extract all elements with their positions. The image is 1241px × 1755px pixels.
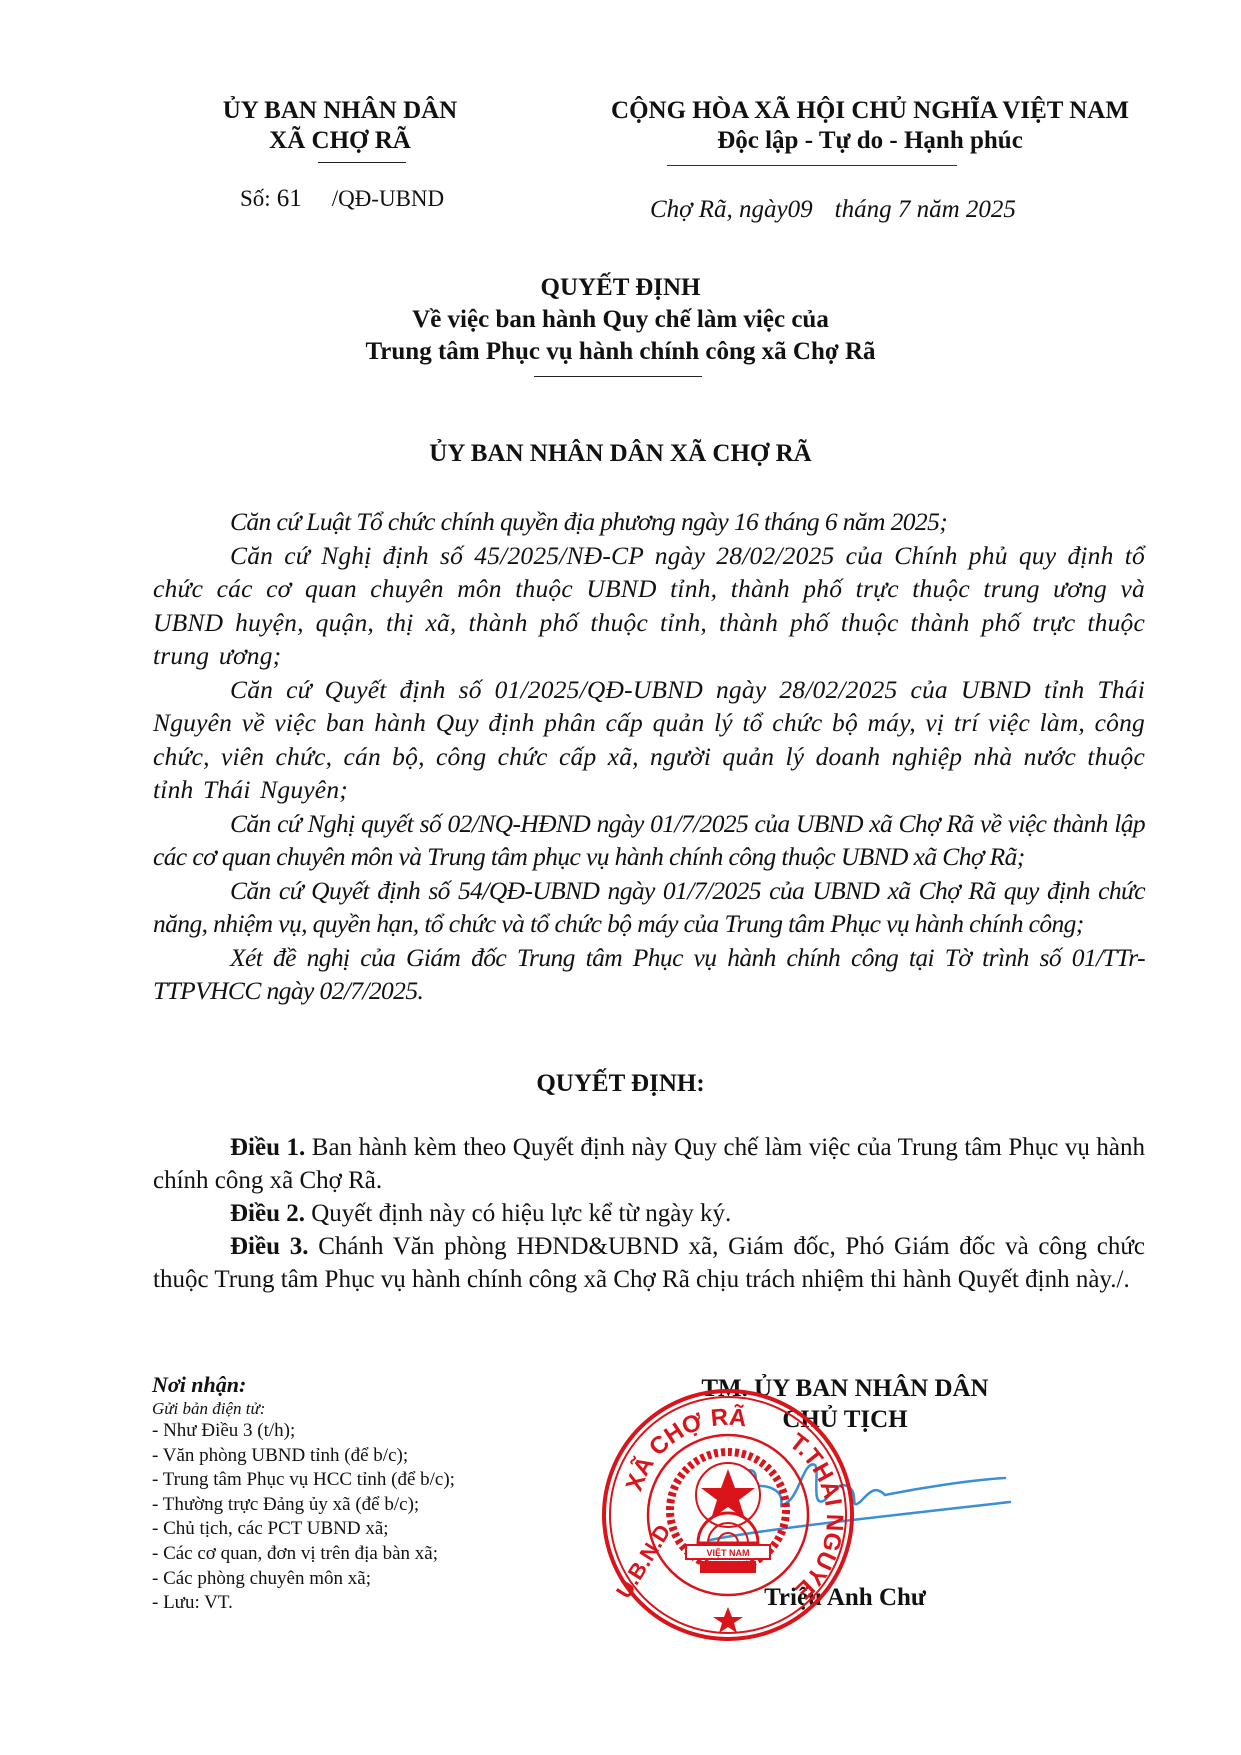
title-line-3: Trung tâm Phục vụ hành chính công xã Chợ… <box>0 336 1241 368</box>
recipients-heading: Nơi nhận: <box>152 1372 552 1398</box>
document-date: Chợ Rã, ngày09tháng 7 năm 2025 <box>650 196 1016 224</box>
recipient-item: - Trung tâm Phục vụ HCC tỉnh (để b/c); <box>152 1468 552 1493</box>
star-icon <box>713 1607 743 1633</box>
preamble: Căn cứ Luật Tổ chức chính quyền địa phươ… <box>153 505 1145 1008</box>
date-prefix: Chợ Rã, ngày <box>650 196 788 223</box>
article-2: Điều 2. Quyết định này có hiệu lực kể từ… <box>153 1197 1145 1230</box>
number-prefix: Số: <box>240 186 271 211</box>
agency-line-2: XÃ CHỢ RÃ <box>190 126 490 156</box>
date-day: 09 <box>788 196 813 223</box>
svg-text:VIỆT NAM: VIỆT NAM <box>706 1547 749 1558</box>
preamble-item: Căn cứ Nghị định số 45/2025/NĐ-CP ngày 2… <box>153 539 1145 673</box>
preamble-item: Căn cứ Quyết định số 01/2025/QĐ-UBND ngà… <box>153 673 1145 807</box>
article-label: Điều 1. <box>230 1134 305 1161</box>
recipient-item: - Chủ tịch, các PCT UBND xã; <box>152 1517 552 1542</box>
date-rest: tháng 7 năm 2025 <box>835 196 1016 223</box>
title-line-2: Về việc ban hành Quy chế làm việc của <box>0 304 1241 336</box>
document-title: QUYẾT ĐỊNH Về việc ban hành Quy chế làm … <box>0 272 1241 368</box>
recipient-item: - Các phòng chuyên môn xã; <box>152 1567 552 1592</box>
title-underline <box>534 376 702 377</box>
motto-underline <box>667 165 957 166</box>
article-text: Quyết định này có hiệu lực kể từ ngày ký… <box>305 1200 731 1227</box>
recipient-item: - Lưu: VT. <box>152 1591 552 1616</box>
number-suffix: /QĐ-UBND <box>332 186 444 211</box>
title-line-1: QUYẾT ĐỊNH <box>0 272 1241 304</box>
articles: Điều 1. Ban hành kèm theo Quyết định này… <box>153 1131 1145 1296</box>
recipient-item: - Các cơ quan, đơn vị trên địa bàn xã; <box>152 1542 552 1567</box>
recipient-item: - Văn phòng UBND tỉnh (để b/c); <box>152 1444 552 1469</box>
number-value: 61 <box>277 185 302 212</box>
national-title: CỘNG HÒA XÃ HỘI CHỦ NGHĨA VIỆT NAM Độc l… <box>560 96 1180 156</box>
national-emblem-icon: VIỆT NAM <box>670 1452 786 1573</box>
preamble-item: Căn cứ Nghị quyết số 02/NQ-HĐND ngày 01/… <box>153 807 1145 874</box>
preamble-item: Xét đề nghị của Giám đốc Trung tâm Phục … <box>153 941 1145 1008</box>
agency-line-1: ỦY BAN NHÂN DÂN <box>190 96 490 126</box>
agency-underline <box>318 162 406 163</box>
decision-heading: QUYẾT ĐỊNH: <box>0 1070 1241 1098</box>
article-3: Điều 3. Chánh Văn phòng HĐND&UBND xã, Gi… <box>153 1230 1145 1296</box>
authority-heading: ỦY BAN NHÂN DÂN XÃ CHỢ RÃ <box>0 440 1241 468</box>
stamp-left-text: U.B.N.D <box>611 1520 676 1603</box>
preamble-item: Căn cứ Quyết định số 54/QĐ-UBND ngày 01/… <box>153 874 1145 941</box>
document-number: Số:61/QĐ-UBND <box>240 185 444 213</box>
recipient-item: - Như Điều 3 (t/h); <box>152 1419 552 1444</box>
national-name: CỘNG HÒA XÃ HỘI CHỦ NGHĨA VIỆT NAM <box>560 96 1180 126</box>
recipients-block: Nơi nhận: Gửi bản điện tử: - Như Điều 3 … <box>152 1372 552 1616</box>
official-stamp: XÃ CHỢ RÃ T.THÁI NGUYÊN U.B.N.D VIỆT NAM <box>598 1385 858 1645</box>
issuing-agency: ỦY BAN NHÂN DÂN XÃ CHỢ RÃ <box>190 96 490 156</box>
recipient-item: - Thường trực Đảng ủy xã (để b/c); <box>152 1493 552 1518</box>
preamble-item: Căn cứ Luật Tổ chức chính quyền địa phươ… <box>153 505 1145 539</box>
recipients-subheading: Gửi bản điện tử: <box>152 1398 552 1419</box>
article-1: Điều 1. Ban hành kèm theo Quyết định này… <box>153 1131 1145 1197</box>
national-motto: Độc lập - Tự do - Hạnh phúc <box>560 126 1180 156</box>
article-label: Điều 2. <box>230 1200 305 1227</box>
recipients-list: - Như Điều 3 (t/h); - Văn phòng UBND tỉn… <box>152 1419 552 1616</box>
article-label: Điều 3. <box>230 1233 308 1260</box>
